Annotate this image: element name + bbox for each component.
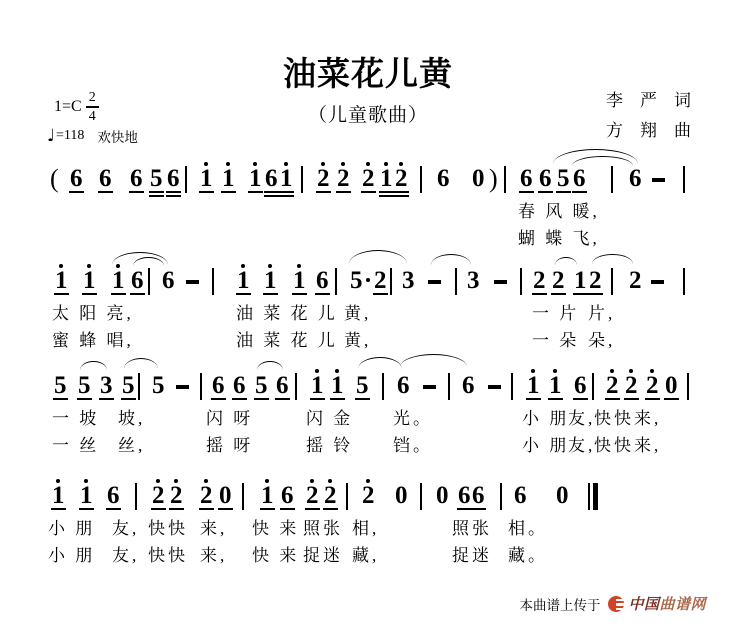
dotted-note-dot	[366, 278, 370, 282]
lyric-text: 片,	[588, 299, 615, 324]
octave-dot-icon	[553, 369, 557, 373]
barline	[185, 166, 187, 193]
eighth-underline	[624, 398, 639, 400]
octave-dot-icon	[87, 264, 91, 268]
barline	[242, 483, 244, 510]
note: 6	[462, 374, 475, 398]
composer-credit: 方 翔 曲	[606, 116, 702, 146]
note: 1	[311, 374, 324, 398]
note: 6	[265, 167, 278, 191]
footer: 本曲谱上传于 中国 曲谱网	[519, 593, 706, 614]
octave-dot-icon	[321, 162, 325, 166]
eighth-underline	[263, 293, 278, 295]
eighth-underline	[199, 508, 214, 510]
octave-dot-icon	[268, 264, 272, 268]
note: 5	[557, 167, 570, 191]
note: 6	[130, 167, 143, 191]
note: 2	[625, 374, 638, 398]
eighth-underline	[54, 293, 69, 295]
barline	[611, 268, 613, 295]
lyric-text: 油 菜 花 儿	[236, 326, 338, 351]
note: 5	[78, 374, 91, 398]
barline	[301, 166, 303, 193]
note: 6	[629, 167, 642, 191]
eighth-underline	[336, 191, 351, 193]
barline	[135, 483, 137, 510]
site-name-primary: 中国	[628, 593, 659, 614]
eighth-underline	[51, 508, 66, 510]
eighth-underline	[645, 398, 660, 400]
note: 2	[200, 484, 213, 508]
octave-dot-icon	[399, 162, 403, 166]
eighth-underline	[211, 398, 226, 400]
note: 5	[152, 374, 165, 398]
barline	[520, 268, 522, 295]
eighth-underline	[292, 293, 307, 295]
final-bar-thin	[588, 483, 590, 510]
eighth-underline	[532, 293, 547, 295]
octave-dot-icon	[650, 369, 654, 373]
eighth-underline	[572, 191, 587, 193]
phrase-paren: (	[50, 167, 59, 191]
eighth-underline	[355, 398, 370, 400]
duration-dash	[186, 280, 199, 284]
note: 2	[533, 269, 546, 293]
barline	[200, 373, 202, 400]
slur-arc	[257, 361, 283, 370]
octave-dot-icon	[610, 369, 614, 373]
duration-dash	[652, 178, 665, 182]
lyric-text: 友,	[112, 541, 139, 566]
lyric-text: 丝,	[118, 431, 145, 456]
note: 6	[233, 374, 246, 398]
note: 2	[306, 484, 319, 508]
note: 1	[83, 269, 96, 293]
lyric-text: 摇 铃	[306, 431, 353, 456]
note: 6	[99, 167, 112, 191]
meter-fraction-bar	[86, 106, 99, 108]
eighth-underline	[169, 508, 184, 510]
note: 2	[317, 167, 330, 191]
barline	[346, 483, 348, 510]
eighth-underline	[526, 398, 541, 400]
tempo-value: =118	[56, 128, 84, 144]
note: 1	[527, 374, 540, 398]
slur-arc	[592, 254, 633, 264]
lyric-text: 一 坡	[52, 404, 99, 429]
lyric-text: 来,	[200, 541, 227, 566]
note: 6	[107, 484, 120, 508]
octave-dot-icon	[156, 479, 160, 483]
lyric-text: 一 片	[532, 299, 579, 324]
octave-dot-icon	[56, 479, 60, 483]
time-signature: 2 4	[86, 90, 99, 124]
note: 6	[131, 269, 144, 293]
octave-dot-icon	[204, 479, 208, 483]
eighth-underline	[82, 293, 97, 295]
barline	[500, 483, 502, 510]
note: 2	[362, 167, 375, 191]
key-signature: 1=C 2 4	[54, 90, 99, 124]
note: 6	[574, 374, 587, 398]
lyric-text: 春 风 暖,	[518, 197, 600, 222]
eighth-underline	[588, 293, 603, 295]
note: 6	[437, 167, 450, 191]
eighth-underline	[221, 191, 236, 193]
barline	[511, 373, 513, 400]
lyric-text: 黄,	[344, 299, 371, 324]
note: 2	[324, 484, 337, 508]
note: 1	[549, 374, 562, 398]
phrase-paren: )	[489, 167, 498, 191]
eighth-underline	[199, 191, 214, 193]
eighth-underline	[471, 508, 486, 510]
lyric-text: 友,	[112, 514, 139, 539]
octave-dot-icon	[241, 264, 245, 268]
eighth-underline	[538, 191, 553, 193]
eighth-underline	[605, 398, 620, 400]
lyric-text: 蝴 蝶 飞,	[518, 224, 600, 249]
note: 2	[589, 269, 602, 293]
sixteenth-underline	[279, 195, 294, 197]
note: 1	[222, 167, 235, 191]
lyric-text: 友,	[568, 431, 595, 456]
note: 5	[54, 374, 67, 398]
note: 2	[646, 374, 659, 398]
lyric-text: 油 菜 花 儿	[236, 299, 338, 324]
lyric-text: 朵,	[588, 326, 615, 351]
note: 1	[200, 167, 213, 191]
note: 2	[337, 167, 350, 191]
lyric-text: 小 朋	[48, 541, 95, 566]
eighth-underline	[280, 508, 295, 510]
note: 6	[276, 374, 289, 398]
tempo-mood: 欢快地	[97, 126, 138, 146]
octave-dot-icon	[341, 162, 345, 166]
rest-note: 0	[556, 484, 569, 508]
lyric-text: 黄,	[344, 326, 371, 351]
barline	[148, 268, 150, 295]
note: 6	[316, 269, 329, 293]
note: 1	[52, 484, 65, 508]
lyric-text: 藏。	[508, 541, 548, 566]
barline	[420, 483, 422, 510]
eighth-underline	[519, 191, 534, 193]
eighth-underline	[130, 293, 145, 295]
lyric-text: 照张	[303, 514, 343, 539]
note: 6	[397, 374, 410, 398]
eighth-underline	[106, 508, 121, 510]
octave-dot-icon	[310, 479, 314, 483]
octave-dot-icon	[265, 479, 269, 483]
eighth-underline	[379, 191, 394, 193]
note: 2	[374, 269, 387, 293]
barline	[335, 268, 337, 295]
sixteenth-underline	[166, 195, 181, 197]
barline	[448, 373, 450, 400]
octave-dot-icon	[366, 162, 370, 166]
lyric-text: 相。	[508, 514, 548, 539]
octave-dot-icon	[204, 162, 208, 166]
octave-dot-icon	[84, 479, 88, 483]
eighth-underline	[573, 293, 588, 295]
eighth-underline	[315, 293, 330, 295]
slur-arc	[124, 358, 158, 369]
eighth-underline	[111, 293, 126, 295]
barline	[683, 166, 685, 193]
note: 1	[112, 269, 125, 293]
eighth-underline	[77, 398, 92, 400]
octave-dot-icon	[297, 264, 301, 268]
note: 6	[167, 167, 180, 191]
lyric-text: 蜜 蜂 唱,	[52, 326, 134, 351]
lyric-text: 捉迷	[303, 541, 343, 566]
note: 3	[100, 374, 113, 398]
note: 6	[162, 269, 175, 293]
barline	[683, 268, 685, 295]
lyric-text: 小 朋	[522, 431, 569, 456]
note: 2	[170, 484, 183, 508]
barline	[382, 373, 384, 400]
octave-dot-icon	[629, 369, 633, 373]
eighth-underline	[305, 508, 320, 510]
octave-dot-icon	[315, 369, 319, 373]
duration-dash	[423, 385, 436, 389]
eighth-underline	[361, 191, 376, 193]
duration-dash	[494, 280, 507, 284]
lyric-text: 闪 呀	[206, 404, 253, 429]
note: 2	[362, 484, 375, 508]
note: 6	[573, 167, 586, 191]
barline	[295, 373, 297, 400]
eighth-underline	[129, 191, 144, 193]
note: 2	[552, 269, 565, 293]
upload-note: 本曲谱上传于	[519, 594, 600, 614]
note: 6	[281, 484, 294, 508]
final-bar-thick	[593, 483, 598, 510]
note: 5	[356, 374, 369, 398]
meter-denominator: 4	[89, 109, 96, 124]
eighth-underline	[218, 508, 233, 510]
eighth-underline	[323, 508, 338, 510]
octave-dot-icon	[174, 479, 178, 483]
rest-note: 0	[472, 167, 485, 191]
eighth-underline	[53, 398, 68, 400]
final-barline	[588, 483, 598, 510]
lyric-text: 藏,	[352, 541, 379, 566]
note: 5	[122, 374, 135, 398]
tempo-marking: ♩ =118 欢快地	[47, 126, 138, 146]
lyric-text: 太 阳 亮,	[52, 299, 134, 324]
eighth-underline	[260, 508, 275, 510]
slur-arc	[431, 254, 471, 265]
note: 6	[212, 374, 225, 398]
sheet-music-page: 油菜花儿黄 （儿童歌曲） 李 严 词 方 翔 曲 1=C 2 4 ♩ =118 …	[0, 0, 736, 626]
lyric-text: 铛。	[393, 431, 433, 456]
site-name-secondary: 曲谱网	[659, 593, 706, 614]
rest-note: 0	[395, 484, 408, 508]
note: 2	[629, 269, 642, 293]
lyric-text: 小 朋	[48, 514, 95, 539]
barline	[138, 373, 140, 400]
site-logo-icon	[608, 596, 624, 612]
lyric-text: 照张	[452, 514, 492, 539]
barline	[687, 373, 689, 400]
barline	[611, 166, 613, 193]
lyric-text: 快快来,	[594, 404, 661, 429]
lyric-text: 快快来,	[594, 431, 661, 456]
eighth-underline	[121, 398, 136, 400]
barline	[390, 268, 392, 295]
eighth-underline	[316, 191, 331, 193]
duration-dash	[176, 385, 189, 389]
eighth-underline	[149, 191, 164, 193]
lyric-text: 闪 金	[306, 404, 353, 429]
slur-arc	[349, 250, 407, 264]
octave-dot-icon	[328, 479, 332, 483]
note: 6	[472, 484, 485, 508]
lyric-text: 一 朵	[532, 326, 579, 351]
note: 1	[249, 167, 262, 191]
octave-dot-icon	[531, 369, 535, 373]
barline	[455, 268, 457, 295]
note: 6	[520, 167, 533, 191]
eighth-underline	[98, 191, 113, 193]
lyric-text: 快 来	[252, 514, 299, 539]
note: 5	[350, 269, 363, 293]
lyric-text: 友,	[568, 404, 595, 429]
eighth-underline	[264, 191, 279, 193]
octave-dot-icon	[226, 162, 230, 166]
note: 3	[402, 269, 415, 293]
note: 6	[539, 167, 552, 191]
note: 1	[80, 484, 93, 508]
sixteenth-underline	[149, 195, 164, 197]
barline	[592, 373, 594, 400]
octave-dot-icon	[366, 479, 370, 483]
lyric-text: 摇 呀	[206, 431, 253, 456]
eighth-underline	[248, 191, 263, 193]
note: 2	[152, 484, 165, 508]
eighth-underline	[548, 398, 563, 400]
eighth-underline	[330, 398, 345, 400]
lyric-text: 捉迷	[452, 541, 492, 566]
note: 5	[255, 374, 268, 398]
sixteenth-underline	[394, 195, 409, 197]
eighth-underline	[573, 398, 588, 400]
duration-dash	[428, 280, 441, 284]
lyric-text: 光。	[393, 404, 433, 429]
note: 1	[380, 167, 393, 191]
note: 1	[331, 374, 344, 398]
eighth-underline	[664, 398, 679, 400]
eighth-underline	[236, 293, 251, 295]
eighth-underline	[69, 191, 84, 193]
eighth-underline	[457, 508, 472, 510]
rest-note: 0	[665, 374, 678, 398]
lyric-text: 来,	[200, 514, 227, 539]
note: 1	[280, 167, 293, 191]
duration-dash	[651, 280, 664, 284]
octave-dot-icon	[384, 162, 388, 166]
octave-dot-icon	[253, 162, 257, 166]
key-text: 1=C	[54, 98, 82, 116]
lyric-text: 小 朋	[522, 404, 569, 429]
lyric-text: 相,	[352, 514, 379, 539]
note: 2	[606, 374, 619, 398]
eighth-underline	[556, 191, 571, 193]
slur-arc	[555, 257, 577, 265]
eighth-underline	[99, 398, 114, 400]
eighth-underline	[279, 191, 294, 193]
slur-arc	[400, 354, 467, 367]
note: 1	[237, 269, 250, 293]
eighth-underline	[394, 191, 409, 193]
octave-dot-icon	[284, 162, 288, 166]
duration-dash	[488, 385, 501, 389]
sixteenth-underline	[264, 195, 279, 197]
note: 1	[264, 269, 277, 293]
barline	[420, 166, 422, 193]
note: 1	[261, 484, 274, 508]
sixteenth-underline	[379, 195, 394, 197]
lyric-text: 坡,	[118, 404, 145, 429]
note: 2	[395, 167, 408, 191]
lyric-text: 快快	[148, 541, 188, 566]
note: 5	[150, 167, 163, 191]
note: 3	[467, 269, 480, 293]
eighth-underline	[232, 398, 247, 400]
note: 6	[514, 484, 527, 508]
lyric-text: 快 来	[252, 541, 299, 566]
rest-note: 0	[219, 484, 232, 508]
eighth-underline	[151, 508, 166, 510]
eighth-underline	[310, 398, 325, 400]
eighth-underline	[79, 508, 94, 510]
note: 1	[574, 269, 587, 293]
quarter-note-icon: ♩	[47, 126, 55, 146]
slur-arc	[358, 357, 402, 369]
rest-note: 0	[436, 484, 449, 508]
lyric-text: 一 丝	[52, 431, 99, 456]
note: 1	[293, 269, 306, 293]
eighth-underline	[275, 398, 290, 400]
barline	[212, 268, 214, 295]
eighth-underline	[166, 191, 181, 193]
note: 1	[55, 269, 68, 293]
lyricist-credit: 李 严 词	[606, 86, 702, 116]
barline	[504, 166, 506, 193]
credits-block: 李 严 词 方 翔 曲	[606, 86, 702, 146]
note: 6	[458, 484, 471, 508]
lyric-text: 快快	[148, 514, 188, 539]
slur-arc	[80, 361, 107, 370]
eighth-underline	[373, 293, 388, 295]
meter-numerator: 2	[89, 90, 96, 105]
note: 6	[70, 167, 83, 191]
eighth-underline	[254, 398, 269, 400]
eighth-underline	[551, 293, 566, 295]
octave-dot-icon	[59, 264, 63, 268]
octave-dot-icon	[335, 369, 339, 373]
